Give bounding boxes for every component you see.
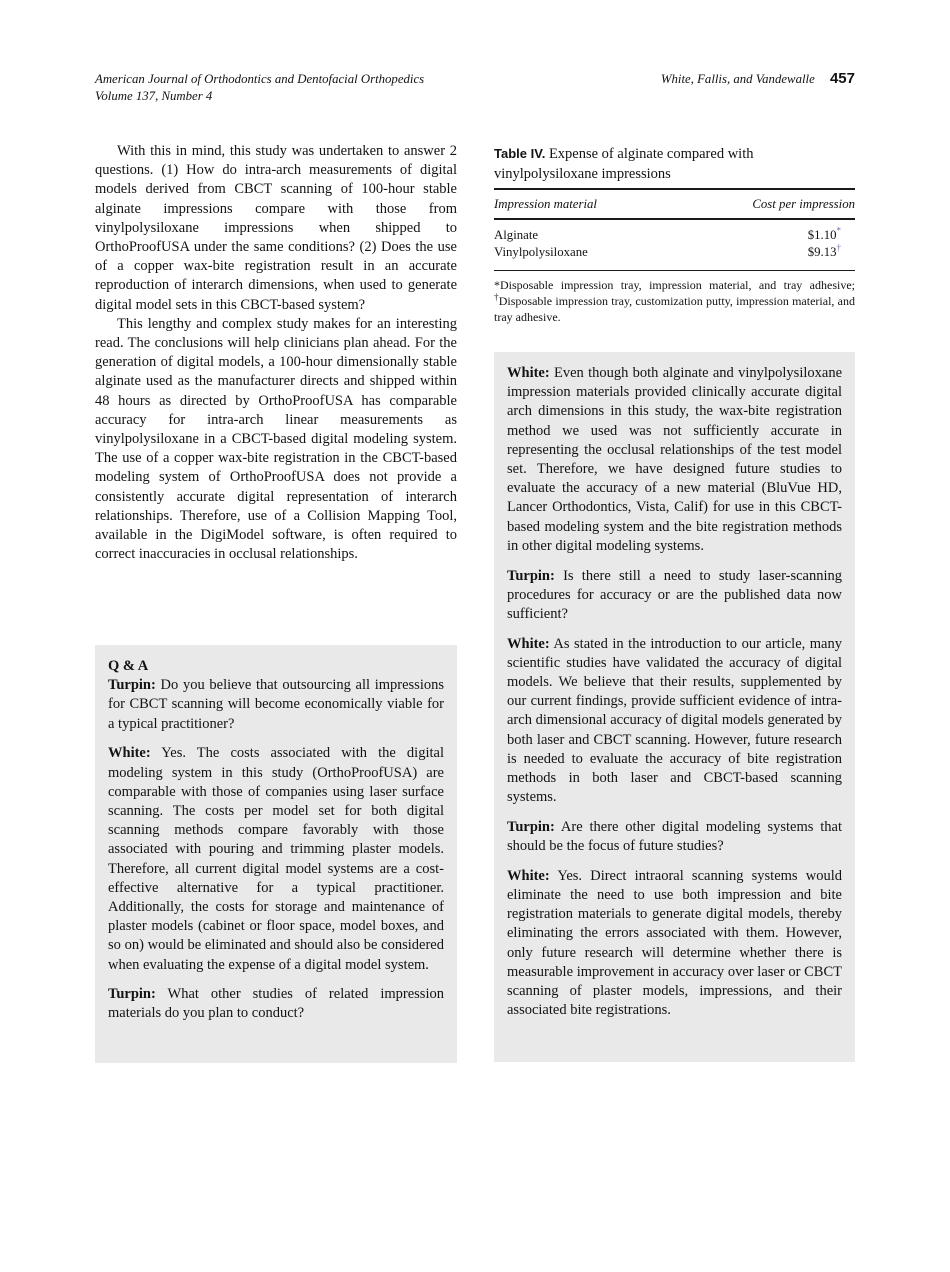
- footnote-marker: †: [837, 242, 842, 252]
- cost-value: $9.13: [808, 245, 837, 259]
- qa-text: Are there other digital modeling systems…: [507, 819, 842, 854]
- qa-speaker: White:: [507, 365, 550, 381]
- qa-speaker: White:: [507, 636, 550, 652]
- body-paragraph-1: With this in mind, this study was undert…: [95, 142, 457, 315]
- qa-text: What other studies of related impression…: [108, 986, 444, 1021]
- table-column-header-material: Impression material: [494, 197, 597, 212]
- page-header: American Journal of Orthodontics and Den…: [95, 71, 855, 104]
- qa-item: Turpin: Are there other digital modeling…: [507, 818, 842, 856]
- journal-info: American Journal of Orthodontics and Den…: [95, 71, 424, 104]
- table-cell-cost: $1.10*: [808, 227, 855, 244]
- qa-text: Is there still a need to study laser-sca…: [507, 568, 842, 622]
- qa-item: White: Yes. Direct intraoral scanning sy…: [507, 867, 842, 1021]
- qa-speaker: White:: [108, 745, 151, 761]
- cost-value: $1.10: [808, 228, 837, 242]
- qa-speaker: Turpin:: [108, 677, 156, 693]
- table-cell-cost: $9.13†: [808, 244, 855, 261]
- footnote-text-1: Disposable impression tray, impression m…: [500, 278, 855, 292]
- qa-item: Turpin: What other studies of related im…: [108, 985, 444, 1023]
- left-column: With this in mind, this study was undert…: [95, 142, 457, 564]
- qa-heading: Q & A: [108, 657, 444, 676]
- qa-item: Turpin: Is there still a need to study l…: [507, 567, 842, 625]
- qa-text: Yes. Direct intraoral scanning systems w…: [507, 868, 842, 1018]
- authors: White, Fallis, and Vandewalle: [661, 72, 815, 86]
- qa-speaker: White:: [507, 868, 550, 884]
- qa-speaker: Turpin:: [507, 568, 555, 584]
- qa-item: Turpin: Do you believe that outsourcing …: [108, 676, 444, 734]
- table-title: Table IV. Expense of alginate compared w…: [494, 144, 855, 184]
- qa-speaker: Turpin:: [108, 986, 156, 1002]
- qa-item: White: As stated in the introduction to …: [507, 635, 842, 808]
- body-paragraph-2: This lengthy and complex study makes for…: [95, 315, 457, 565]
- table-cell-material: Alginate: [494, 227, 538, 244]
- qa-item: White: Even though both alginate and vin…: [507, 364, 842, 556]
- journal-title: American Journal of Orthodontics and Den…: [95, 71, 424, 88]
- table-label: Table IV.: [494, 146, 545, 161]
- table-header-row: Impression material Cost per impression: [494, 188, 855, 220]
- qa-text: As stated in the introduction to our art…: [507, 636, 842, 806]
- table-body: Alginate $1.10* Vinylpolysiloxane $9.13†: [494, 220, 855, 271]
- qa-text: Yes. The costs associated with the digit…: [108, 745, 444, 972]
- table-cell-material: Vinylpolysiloxane: [494, 244, 588, 261]
- qa-speaker: Turpin:: [507, 819, 555, 835]
- footnote-marker: *: [837, 226, 842, 236]
- running-head: White, Fallis, and Vandewalle 457: [661, 71, 855, 88]
- table-row: Vinylpolysiloxane $9.13†: [494, 244, 855, 261]
- table-footnote: *Disposable impression tray, impression …: [494, 278, 855, 325]
- footnote-text-2: Disposable impression tray, customizatio…: [494, 294, 855, 324]
- table-iv: Table IV. Expense of alginate compared w…: [494, 144, 855, 325]
- qa-text: Do you believe that outsourcing all impr…: [108, 677, 444, 731]
- table-row: Alginate $1.10*: [494, 227, 855, 244]
- journal-volume: Volume 137, Number 4: [95, 88, 424, 105]
- qa-text: Even though both alginate and vinylpolys…: [507, 365, 842, 554]
- qa-box-left: Q & A Turpin: Do you believe that outsou…: [95, 645, 457, 1063]
- qa-item: White: Yes. The costs associated with th…: [108, 744, 444, 974]
- qa-box-right: White: Even though both alginate and vin…: [494, 352, 855, 1062]
- table-column-header-cost: Cost per impression: [752, 197, 855, 212]
- journal-page: American Journal of Orthodontics and Den…: [0, 0, 950, 1272]
- page-number: 457: [830, 70, 855, 87]
